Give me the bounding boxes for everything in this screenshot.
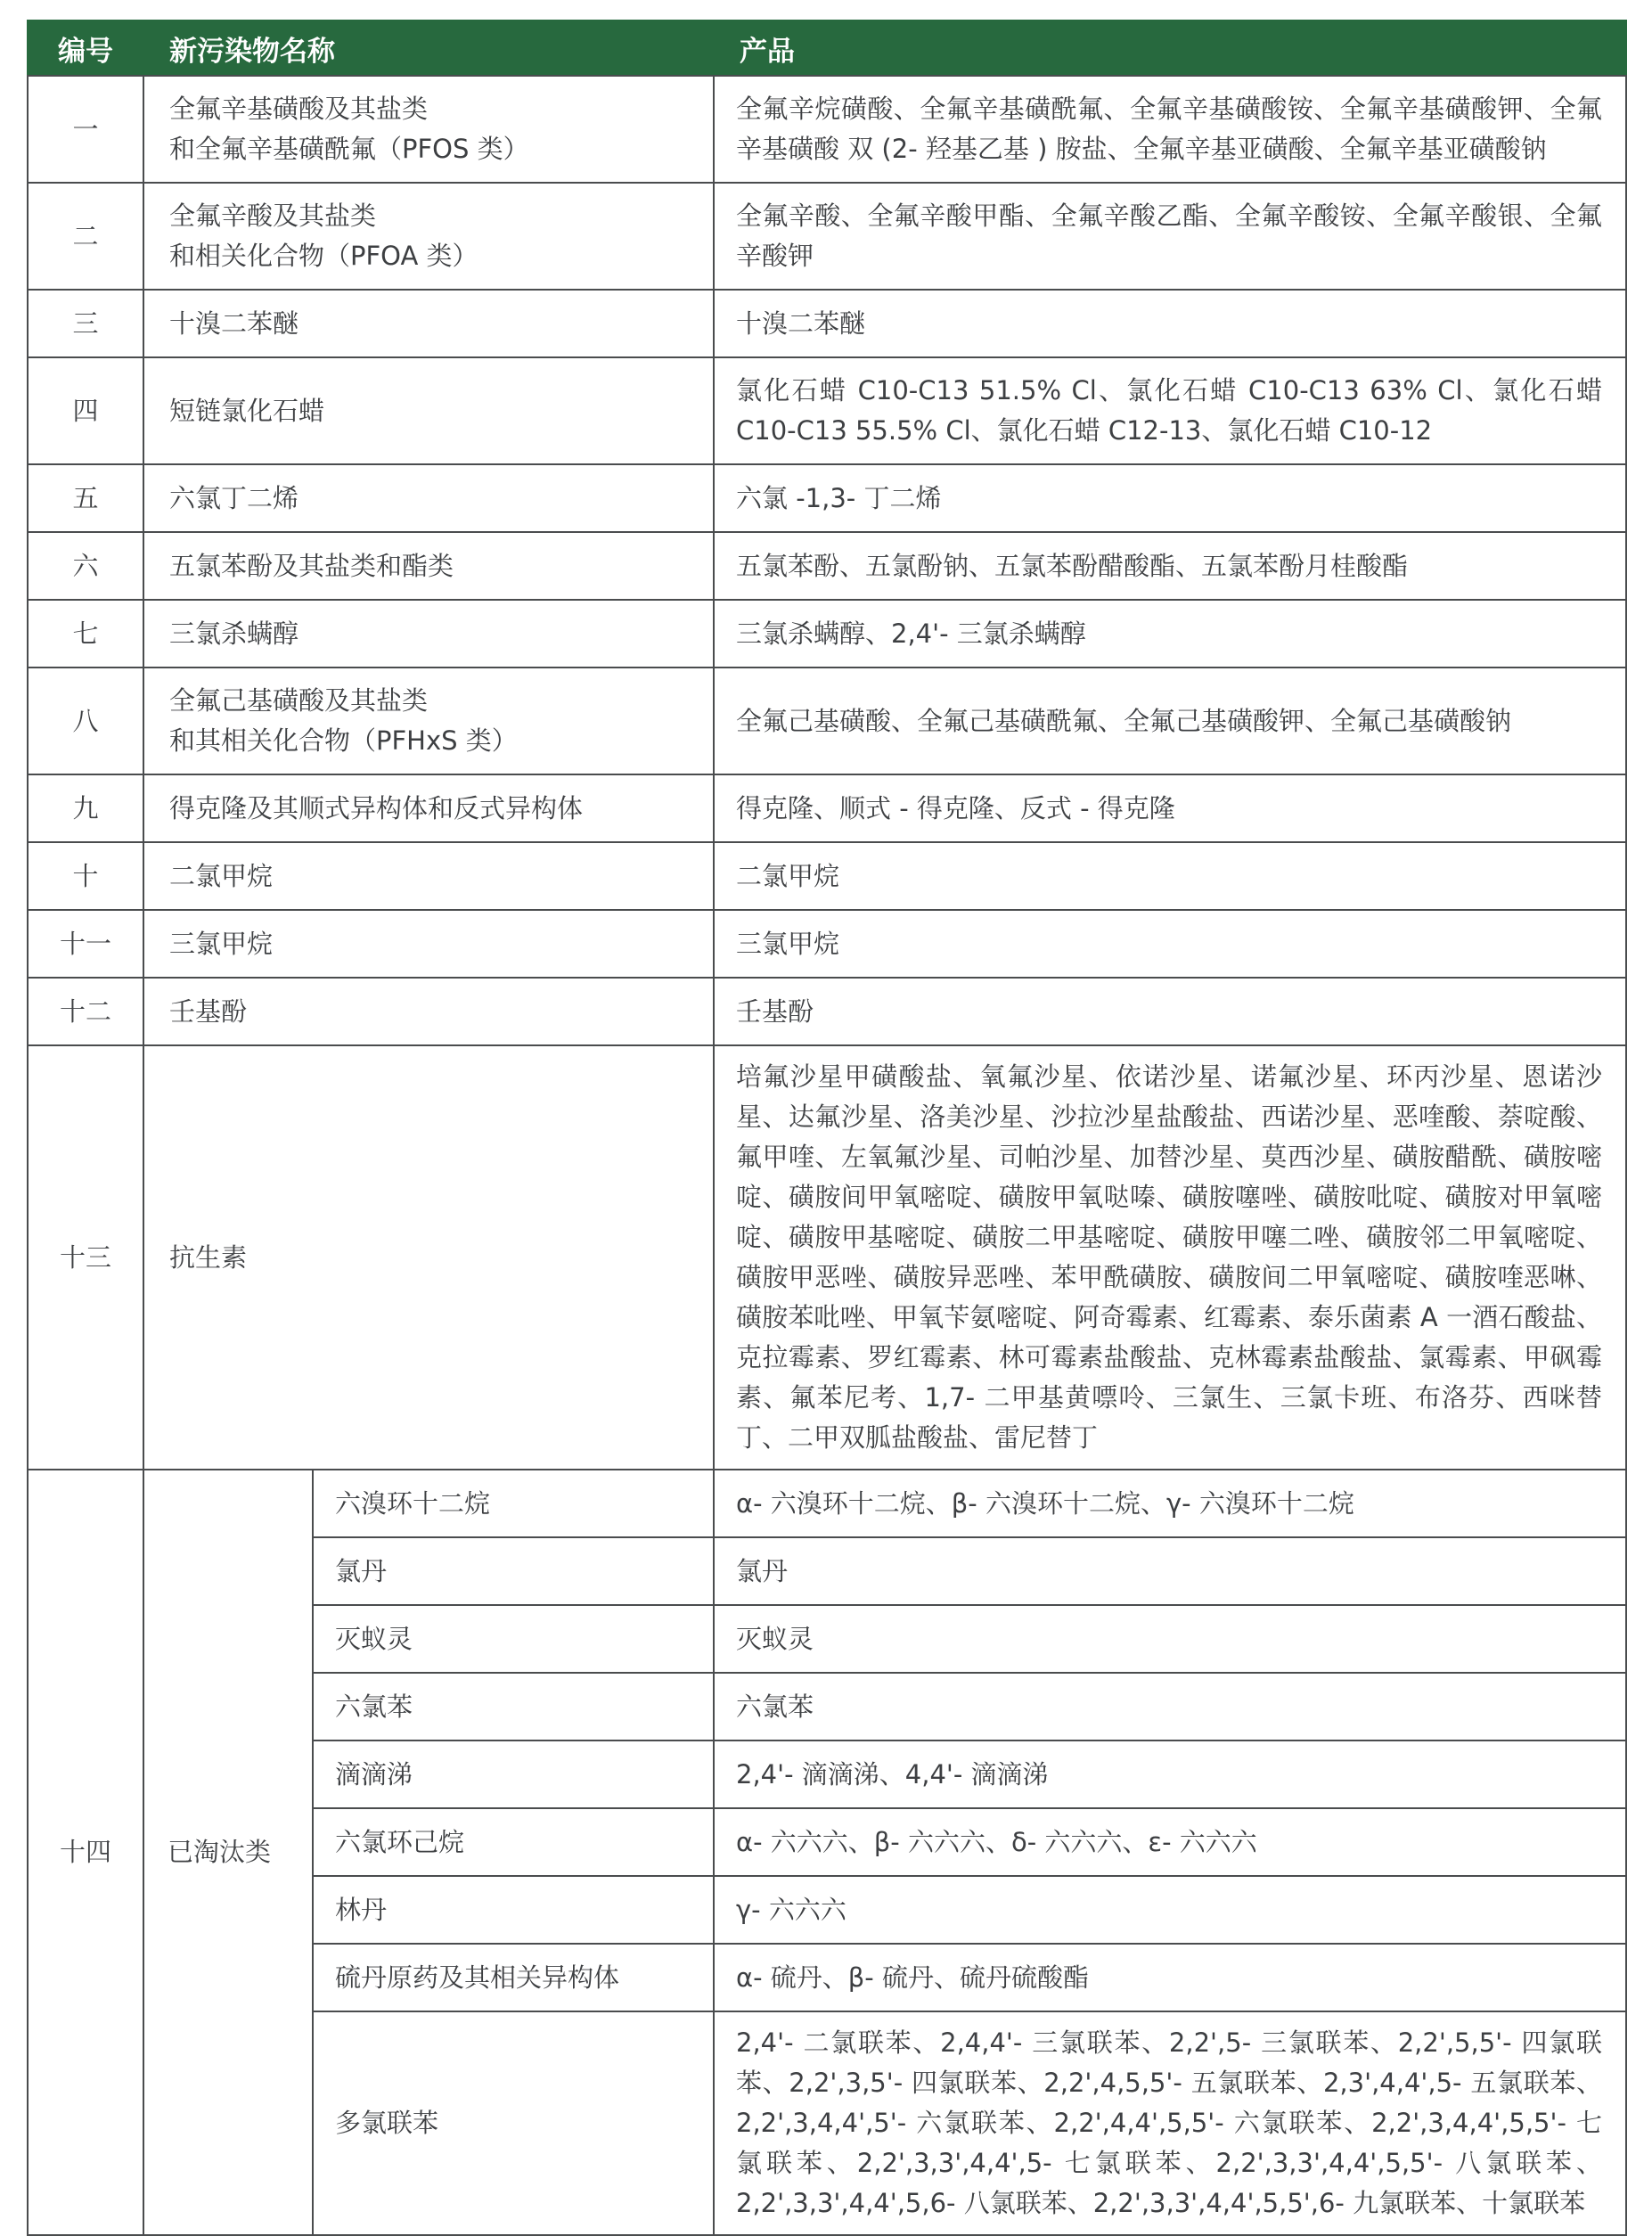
row-number-cell: 十三 bbox=[28, 1045, 143, 1470]
sub-pollutant-name-cell: 滴滴涕 bbox=[313, 1740, 714, 1808]
product-cell: 壬基酚 bbox=[714, 978, 1626, 1045]
sub-pollutant-name-cell: 六溴环十二烷 bbox=[313, 1470, 714, 1537]
pollutant-name-cell: 抗生素 bbox=[143, 1045, 714, 1470]
row-number-cell: 三 bbox=[28, 290, 143, 357]
product-cell: 五氯苯酚、五氯酚钠、五氯苯酚醋酸酯、五氯苯酚月桂酸酯 bbox=[714, 532, 1626, 600]
product-cell: 全氟己基磺酸、全氟己基磺酰氟、全氟己基磺酸钾、全氟己基磺酸钠 bbox=[714, 668, 1626, 774]
pollutant-name-cell: 三氯杀螨醇 bbox=[143, 600, 714, 668]
pollutant-name-cell: 壬基酚 bbox=[143, 978, 714, 1045]
product-cell: 全氟辛酸、全氟辛酸甲酯、全氟辛酸乙酯、全氟辛酸铵、全氟辛酸银、全氟辛酸钾 bbox=[714, 183, 1626, 290]
row-number-cell: 十 bbox=[28, 842, 143, 910]
pollutant-name-cell: 得克隆及其顺式异构体和反式异构体 bbox=[143, 774, 714, 842]
product-cell: 十溴二苯醚 bbox=[714, 290, 1626, 357]
product-cell: α- 六六六、β- 六六六、δ- 六六六、ε- 六六六 bbox=[714, 1808, 1626, 1876]
pollutant-name-cell: 全氟辛基磺酸及其盐类 和全氟辛基磺酰氟（PFOS 类） bbox=[143, 76, 714, 183]
sub-pollutant-name-cell: 多氯联苯 bbox=[313, 2011, 714, 2235]
product-cell: 2,4'- 滴滴涕、4,4'- 滴滴涕 bbox=[714, 1740, 1626, 1808]
table-row: 一 全氟辛基磺酸及其盐类 和全氟辛基磺酰氟（PFOS 类） 全氟辛烷磺酸、全氟辛… bbox=[28, 76, 1626, 183]
table-header: 编号 新污染物名称 产品 bbox=[28, 20, 1626, 76]
row-number-cell: 十一 bbox=[28, 910, 143, 978]
table-row: 七 三氯杀螨醇 三氯杀螨醇、2,4'- 三氯杀螨醇 bbox=[28, 600, 1626, 668]
pollutant-name-cell: 六氯丁二烯 bbox=[143, 464, 714, 532]
sub-pollutant-name-cell: 硫丹原药及其相关异构体 bbox=[313, 1944, 714, 2011]
table-row-group-start: 十四 已淘汰类 六溴环十二烷 α- 六溴环十二烷、β- 六溴环十二烷、γ- 六溴… bbox=[28, 1470, 1626, 1537]
product-cell: 氯丹 bbox=[714, 1537, 1626, 1605]
pollutant-name-cell: 全氟己基磺酸及其盐类 和其相关化合物（PFHxS 类） bbox=[143, 668, 714, 774]
sub-pollutant-name-cell: 林丹 bbox=[313, 1876, 714, 1944]
product-cell: 2,4'- 二氯联苯、2,4,4'- 三氯联苯、2,2',5- 三氯联苯、2,2… bbox=[714, 2011, 1626, 2235]
row-number-cell: 十二 bbox=[28, 978, 143, 1045]
table-row: 十一 三氯甲烷 三氯甲烷 bbox=[28, 910, 1626, 978]
row-number-cell: 六 bbox=[28, 532, 143, 600]
header-col-product: 产品 bbox=[714, 20, 1626, 76]
row-number-cell: 一 bbox=[28, 76, 143, 183]
product-cell: 得克隆、顺式 - 得克隆、反式 - 得克隆 bbox=[714, 774, 1626, 842]
header-col-number: 编号 bbox=[28, 20, 143, 76]
sub-pollutant-name-cell: 氯丹 bbox=[313, 1537, 714, 1605]
table-row: 十 二氯甲烷 二氯甲烷 bbox=[28, 842, 1626, 910]
pollutant-name-cell: 二氯甲烷 bbox=[143, 842, 714, 910]
sub-pollutant-name-cell: 灭蚁灵 bbox=[313, 1605, 714, 1673]
pollutant-name-cell: 全氟辛酸及其盐类 和相关化合物（PFOA 类） bbox=[143, 183, 714, 290]
pollutant-name-cell: 十溴二苯醚 bbox=[143, 290, 714, 357]
product-cell: γ- 六六六 bbox=[714, 1876, 1626, 1944]
product-cell: 灭蚁灵 bbox=[714, 1605, 1626, 1673]
table-row: 六 五氯苯酚及其盐类和酯类 五氯苯酚、五氯酚钠、五氯苯酚醋酸酯、五氯苯酚月桂酸酯 bbox=[28, 532, 1626, 600]
pollutant-name-cell: 五氯苯酚及其盐类和酯类 bbox=[143, 532, 714, 600]
row-number-cell: 九 bbox=[28, 774, 143, 842]
sub-pollutant-name-cell: 六氯苯 bbox=[313, 1673, 714, 1740]
row-number-cell: 八 bbox=[28, 668, 143, 774]
product-cell: 全氟辛烷磺酸、全氟辛基磺酰氟、全氟辛基磺酸铵、全氟辛基磺酸钾、全氟辛基磺酸 双 … bbox=[714, 76, 1626, 183]
product-cell: 培氟沙星甲磺酸盐、氧氟沙星、依诺沙星、诺氟沙星、环丙沙星、恩诺沙星、达氟沙星、洛… bbox=[714, 1045, 1626, 1470]
product-cell: α- 硫丹、β- 硫丹、硫丹硫酸酯 bbox=[714, 1944, 1626, 2011]
row-number-cell: 二 bbox=[28, 183, 143, 290]
table-row: 八 全氟己基磺酸及其盐类 和其相关化合物（PFHxS 类） 全氟己基磺酸、全氟己… bbox=[28, 668, 1626, 774]
row-number-cell: 十四 bbox=[28, 1470, 143, 2235]
table-row: 五 六氯丁二烯 六氯 -1,3- 丁二烯 bbox=[28, 464, 1626, 532]
product-cell: 氯化石蜡 C10-C13 51.5% Cl、氯化石蜡 C10-C13 63% C… bbox=[714, 357, 1626, 464]
table-row: 三 十溴二苯醚 十溴二苯醚 bbox=[28, 290, 1626, 357]
product-cell: α- 六溴环十二烷、β- 六溴环十二烷、γ- 六溴环十二烷 bbox=[714, 1470, 1626, 1537]
category-cell: 已淘汰类 bbox=[143, 1470, 313, 2235]
table-row: 九 得克隆及其顺式异构体和反式异构体 得克隆、顺式 - 得克隆、反式 - 得克隆 bbox=[28, 774, 1626, 842]
pollutant-name-cell: 三氯甲烷 bbox=[143, 910, 714, 978]
product-cell: 三氯杀螨醇、2,4'- 三氯杀螨醇 bbox=[714, 600, 1626, 668]
pollutant-name-cell: 短链氯化石蜡 bbox=[143, 357, 714, 464]
pollutants-table: 编号 新污染物名称 产品 一 全氟辛基磺酸及其盐类 和全氟辛基磺酰氟（PFOS … bbox=[27, 20, 1627, 2236]
row-number-cell: 四 bbox=[28, 357, 143, 464]
row-number-cell: 七 bbox=[28, 600, 143, 668]
sub-pollutant-name-cell: 六氯环己烷 bbox=[313, 1808, 714, 1876]
table-row: 四 短链氯化石蜡 氯化石蜡 C10-C13 51.5% Cl、氯化石蜡 C10-… bbox=[28, 357, 1626, 464]
product-cell: 六氯苯 bbox=[714, 1673, 1626, 1740]
pollutants-table-container: 编号 新污染物名称 产品 一 全氟辛基磺酸及其盐类 和全氟辛基磺酰氟（PFOS … bbox=[27, 20, 1625, 2236]
table-row: 十二 壬基酚 壬基酚 bbox=[28, 978, 1626, 1045]
row-number-cell: 五 bbox=[28, 464, 143, 532]
header-col-name: 新污染物名称 bbox=[143, 20, 714, 76]
product-cell: 三氯甲烷 bbox=[714, 910, 1626, 978]
table-row-antibiotics: 十三 抗生素 培氟沙星甲磺酸盐、氧氟沙星、依诺沙星、诺氟沙星、环丙沙星、恩诺沙星… bbox=[28, 1045, 1626, 1470]
header-row: 编号 新污染物名称 产品 bbox=[28, 20, 1626, 76]
product-cell: 二氯甲烷 bbox=[714, 842, 1626, 910]
table-row: 二 全氟辛酸及其盐类 和相关化合物（PFOA 类） 全氟辛酸、全氟辛酸甲酯、全氟… bbox=[28, 183, 1626, 290]
product-cell: 六氯 -1,3- 丁二烯 bbox=[714, 464, 1626, 532]
